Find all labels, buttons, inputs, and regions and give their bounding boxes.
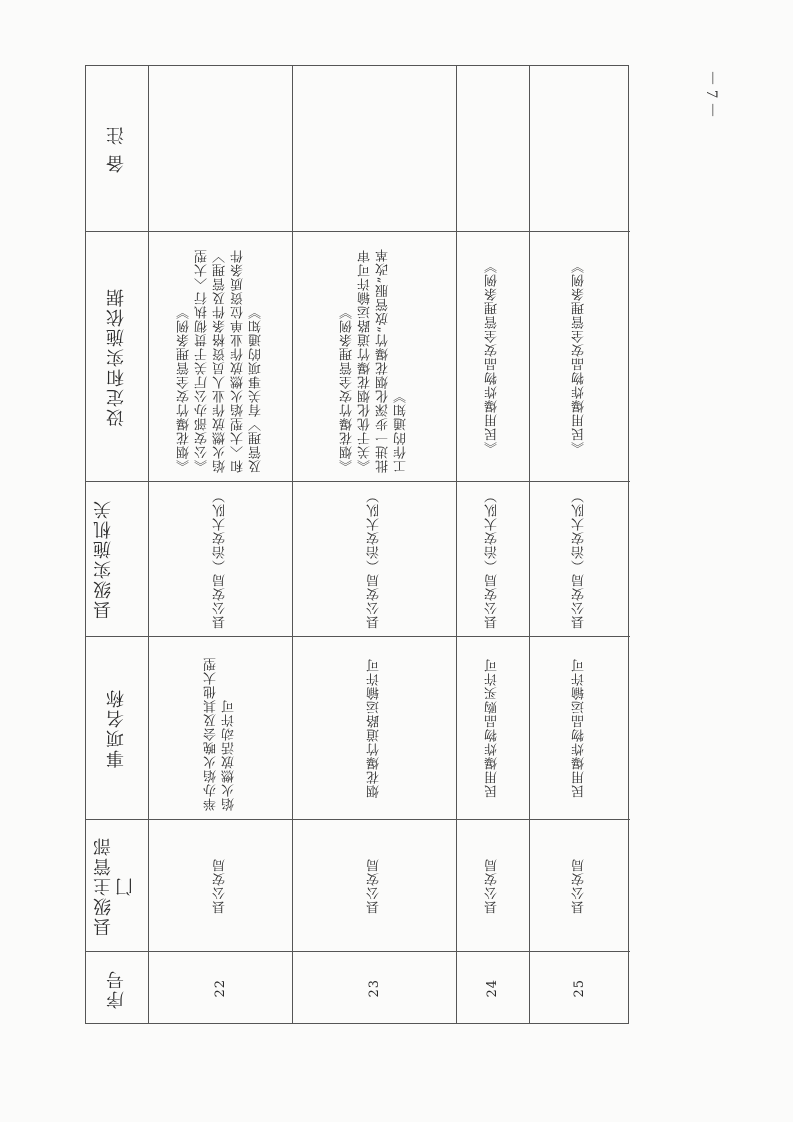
items-table: 备 注 设定和实施依据 县级实施机关 事项名称 县级主管部门 序号 《烟花爆竹安…: [85, 65, 629, 1024]
seq: 24: [484, 979, 502, 998]
seq-cell: 25: [530, 951, 630, 1025]
agency-cell: 县公安局（治安大队）: [293, 481, 456, 636]
header-basis: 设定和实施依据: [106, 287, 128, 427]
basis: 《民用爆炸物品安全管理条例》: [571, 259, 589, 455]
item-name: 烟花爆竹道路运输许可: [366, 658, 384, 798]
agency: 县公安局（治安大队）: [212, 489, 230, 629]
item-cell: 民用爆炸物品运输许可: [530, 636, 630, 819]
header-seq: 序号: [106, 969, 128, 1009]
dept-cell: 县公安局: [293, 819, 456, 951]
basis: 《烟花爆竹安全管理条例》 《关于优化烟花爆竹道路运输许可审批进一步深化烟花爆竹“…: [339, 241, 411, 473]
header-dept-cell: 县级主管部门: [86, 819, 148, 951]
item-cell: 烟花爆竹道路运输许可: [293, 636, 456, 819]
remark-cell: [457, 66, 529, 231]
remark-cell: [530, 66, 630, 231]
item-cell: 民用爆炸物品购买许可: [457, 636, 529, 819]
basis-cell: 《民用爆炸物品安全管理条例》: [457, 231, 529, 481]
dept-cell: 县公安局: [530, 819, 630, 951]
header-dept: 县级主管部门: [93, 836, 141, 936]
basis-cell: 《烟花爆竹安全管理条例》 《公安部办公厅关于贯彻执行〈大型焰火燃放作业人员资格条…: [149, 231, 292, 481]
item-name: 民用爆炸物品购买许可: [484, 658, 502, 798]
header-agency: 县级实施机关: [93, 499, 141, 619]
dept-cell: 县公安局: [149, 819, 292, 951]
table-header-row: 备 注 设定和实施依据 县级实施机关 事项名称 县级主管部门 序号: [86, 66, 149, 1023]
agency: 县公安局（治安大队）: [571, 489, 589, 629]
header-remark: 备 注: [106, 125, 128, 173]
seq: 23: [366, 979, 384, 998]
page-number: － 7 －: [700, 70, 723, 118]
basis-cell: 《烟花爆竹安全管理条例》 《关于优化烟花爆竹道路运输许可审批进一步深化烟花爆竹“…: [293, 231, 456, 481]
remark-cell: [149, 66, 292, 231]
agency-cell: 县公安局（治安大队）: [530, 481, 630, 636]
basis-line: 《公安部办公厅关于贯彻执行〈大型焰火燃放作业人员资格条件及管理〉和〈大型焰火燃放…: [194, 241, 266, 473]
table-row: 《烟花爆竹安全管理条例》 《公安部办公厅关于贯彻执行〈大型焰火燃放作业人员资格条…: [149, 66, 293, 1023]
basis-line: 《民用爆炸物品安全管理条例》: [484, 259, 502, 455]
seq: 25: [571, 979, 589, 998]
agency-cell: 县公安局（治安大队）: [457, 481, 529, 636]
header-agency-cell: 县级实施机关: [86, 481, 148, 636]
basis-line: 《烟花爆竹安全管理条例》: [176, 241, 194, 473]
agency-cell: 县公安局（治安大队）: [149, 481, 292, 636]
item-name: 举办焰火晚会及其他大型焰火燃放活动许可: [203, 646, 239, 811]
dept: 县公安局: [484, 858, 502, 914]
header-item: 事项名称: [106, 688, 128, 768]
item-cell: 举办焰火晚会及其他大型焰火燃放活动许可: [149, 636, 292, 819]
basis: 《烟花爆竹安全管理条例》 《公安部办公厅关于贯彻执行〈大型焰火燃放作业人员资格条…: [176, 241, 266, 473]
table-row: 《民用爆炸物品安全管理条例》 县公安局（治安大队） 民用爆炸物品运输许可 县公安…: [530, 66, 630, 1023]
header-remark-cell: 备 注: [86, 66, 148, 231]
remark-cell: [293, 66, 456, 231]
dept: 县公安局: [571, 858, 589, 914]
header-seq-cell: 序号: [86, 951, 148, 1025]
seq-cell: 24: [457, 951, 529, 1025]
agency: 县公安局（治安大队）: [484, 489, 502, 629]
table-row: 《民用爆炸物品安全管理条例》 县公安局（治安大队） 民用爆炸物品购买许可 县公安…: [457, 66, 530, 1023]
agency: 县公安局（治安大队）: [366, 489, 384, 629]
basis-line: 《烟花爆竹安全管理条例》: [339, 241, 357, 473]
dept: 县公安局: [366, 858, 384, 914]
dept-cell: 县公安局: [457, 819, 529, 951]
basis-cell: 《民用爆炸物品安全管理条例》: [530, 231, 630, 481]
table-row: 《烟花爆竹安全管理条例》 《关于优化烟花爆竹道路运输许可审批进一步深化烟花爆竹“…: [293, 66, 457, 1023]
basis-line: 《关于优化烟花爆竹道路运输许可审批进一步深化烟花爆竹“放管服”改革工作的通知》: [357, 241, 411, 473]
header-basis-cell: 设定和实施依据: [86, 231, 148, 481]
seq-cell: 23: [293, 951, 456, 1025]
dept: 县公安局: [212, 858, 230, 914]
seq: 22: [212, 979, 230, 998]
basis-line: 《民用爆炸物品安全管理条例》: [571, 259, 589, 455]
header-item-cell: 事项名称: [86, 636, 148, 819]
basis: 《民用爆炸物品安全管理条例》: [484, 259, 502, 455]
seq-cell: 22: [149, 951, 292, 1025]
item-name: 民用爆炸物品运输许可: [571, 658, 589, 798]
